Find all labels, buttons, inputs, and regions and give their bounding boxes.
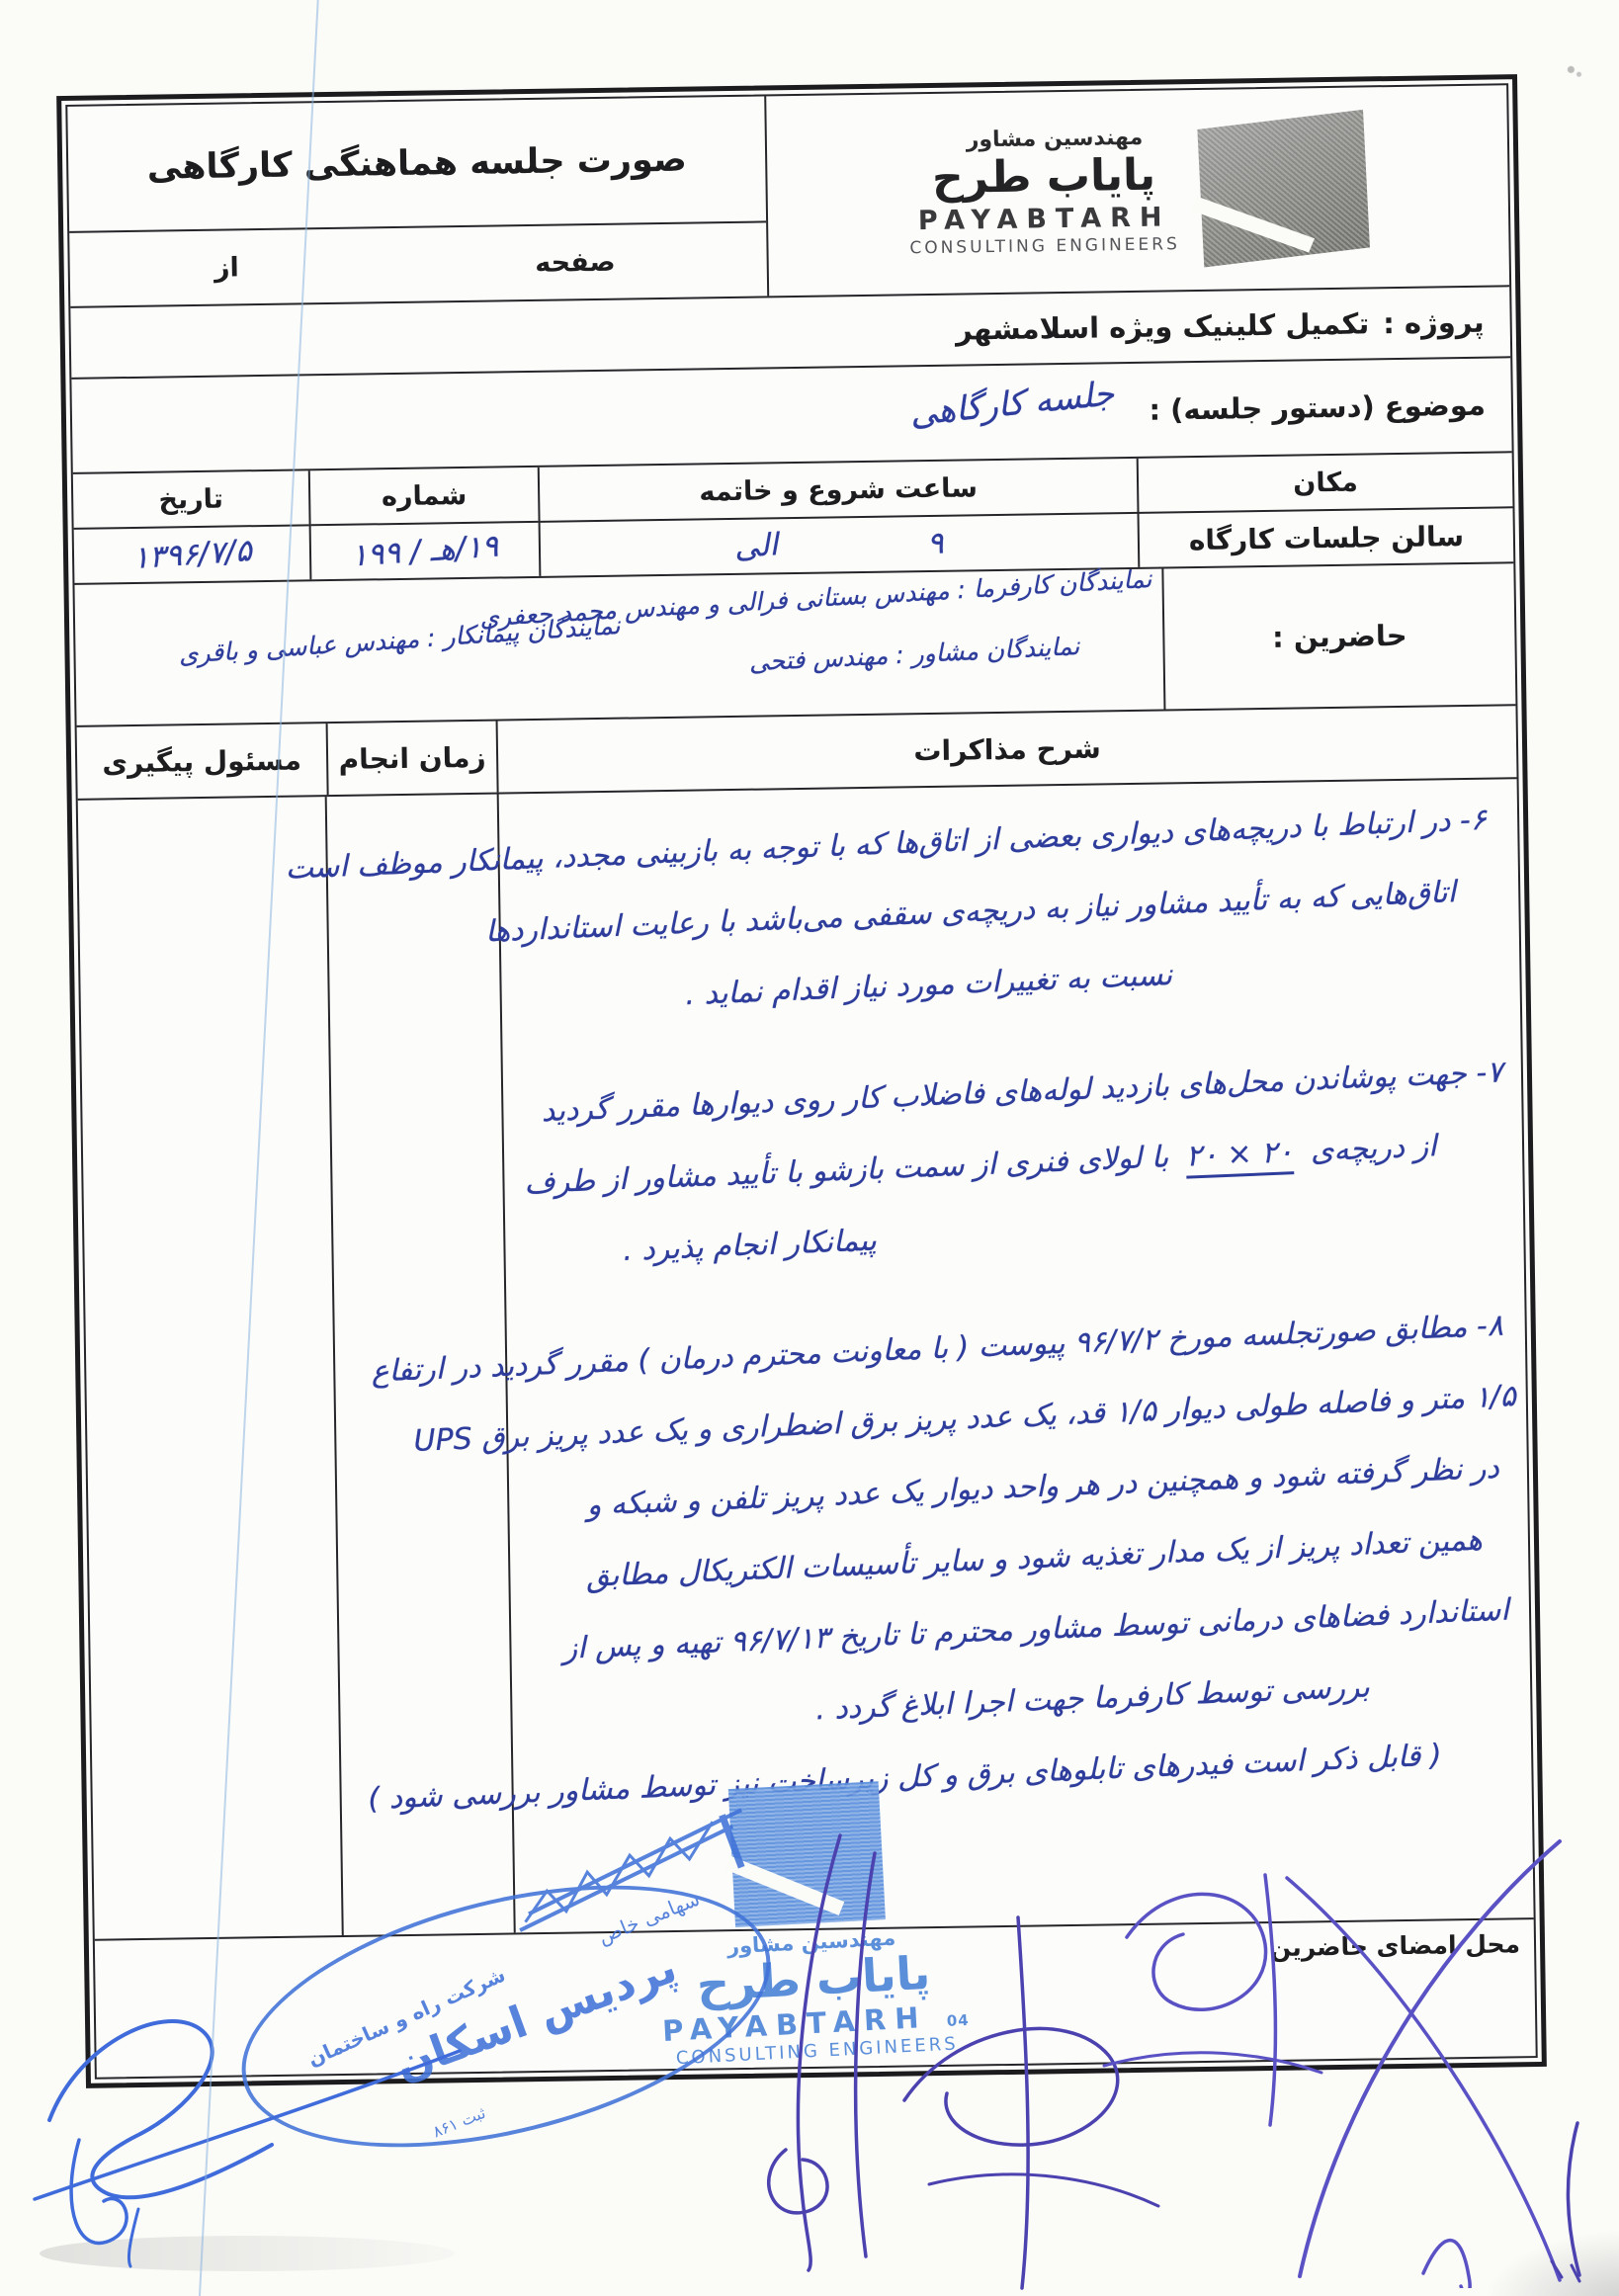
- page-label: صفحه: [383, 244, 767, 281]
- time-start-value: ۹: [926, 525, 945, 561]
- company-name-en: PAYABTARH: [918, 204, 1171, 237]
- date-label: تاریخ: [73, 470, 309, 530]
- attendees-row: حاضرین : نمایندگان کارفرما : مهندس بستان…: [74, 561, 1515, 725]
- location-value: سالن جلسات کارگاه: [1140, 508, 1514, 567]
- column-responsible-header: مسئول پیگیری: [77, 723, 329, 799]
- project-value: تکمیل کلینیک ویژه اسلامشهر: [956, 306, 1370, 346]
- company-name-block: مهندسین مشاور پایاب طرح PAYABTARH CONSUL…: [908, 127, 1180, 258]
- item7-hatch-size: ۲۰ × ۲۰: [1185, 1135, 1294, 1178]
- column-time-header: زمان انجام: [328, 722, 499, 796]
- signature-mark: [1534, 2115, 1613, 2283]
- signature-contractor: [20, 1913, 474, 2268]
- project-label: پروژه :: [1383, 305, 1485, 341]
- attendees-contractor-line: نمایندگان پیمانکار : مهندس عباسی و باقری: [178, 611, 622, 669]
- number-value: ۱۹/هـ / ۱۹۹: [350, 529, 499, 574]
- company-name-fa: پایاب طرح: [932, 151, 1156, 204]
- page-title: صورت جلسه هماهنگی کارگاهی: [67, 96, 766, 230]
- minutes-description-cell: ۶- در ارتباط با دریچه‌های دیواری بعضی از…: [499, 779, 1534, 1932]
- title-cell: صورت جلسه هماهنگی کارگاهی صفحه از: [67, 96, 769, 305]
- date-value: ۱۳۹۶/۷/۵: [131, 533, 253, 576]
- page-number-row: صفحه از: [69, 220, 767, 305]
- company-subtitle-en: CONSULTING ENGINEERS: [909, 235, 1180, 258]
- minutes-table-body: ۶- در ارتباط با دریچه‌های دیواری بعضی از…: [78, 777, 1534, 1938]
- subject-handwritten-value: جلسه کارگاهی: [908, 374, 1116, 434]
- date-cell: تاریخ ۱۳۹۶/۷/۵: [73, 470, 312, 583]
- scan-artifact: [1566, 63, 1583, 79]
- payabtarh-logo-icon: [1198, 110, 1371, 268]
- scanned-meeting-minutes-page: مهندسین مشاور پایاب طرح PAYABTARH CONSUL…: [0, 0, 1619, 2296]
- attendees-consultant-line: نمایندگان مشاور : مهندس فتحی: [748, 632, 1080, 677]
- form-header: مهندسین مشاور پایاب طرح PAYABTARH CONSUL…: [67, 85, 1509, 306]
- page-of-label: از: [70, 250, 384, 286]
- subject-label: موضوع (دستور جلسه) :: [1149, 388, 1486, 427]
- company-logo-block: مهندسین مشاور پایاب طرح PAYABTARH CONSUL…: [766, 85, 1509, 296]
- time-label: ساعت شروع و خاتمه: [540, 459, 1138, 523]
- time-to-word: الی: [733, 527, 779, 565]
- meeting-info-row: مکان سالن جلسات کارگاه ساعت شروع و خاتمه…: [73, 451, 1514, 583]
- item7-size-pre: از دریچه‌ی: [1310, 1129, 1437, 1168]
- number-cell: شماره ۱۹/هـ / ۱۹۹: [310, 468, 542, 579]
- time-cell: ساعت شروع و خاتمه ۹ الی: [540, 459, 1141, 576]
- number-label: شماره: [310, 468, 539, 526]
- attendees-label: حاضرین :: [1161, 563, 1515, 709]
- location-cell: مکان سالن جلسات کارگاه: [1139, 453, 1514, 567]
- location-label: مکان: [1139, 453, 1513, 514]
- handwritten-minutes: ۶- در ارتباط با دریچه‌های دیواری بعضی از…: [346, 796, 1533, 1846]
- minutes-responsible-cell: [78, 797, 344, 1939]
- attendees-handwritten-area: نمایندگان کارفرما : مهندس بستانی فرالی و…: [74, 569, 1163, 725]
